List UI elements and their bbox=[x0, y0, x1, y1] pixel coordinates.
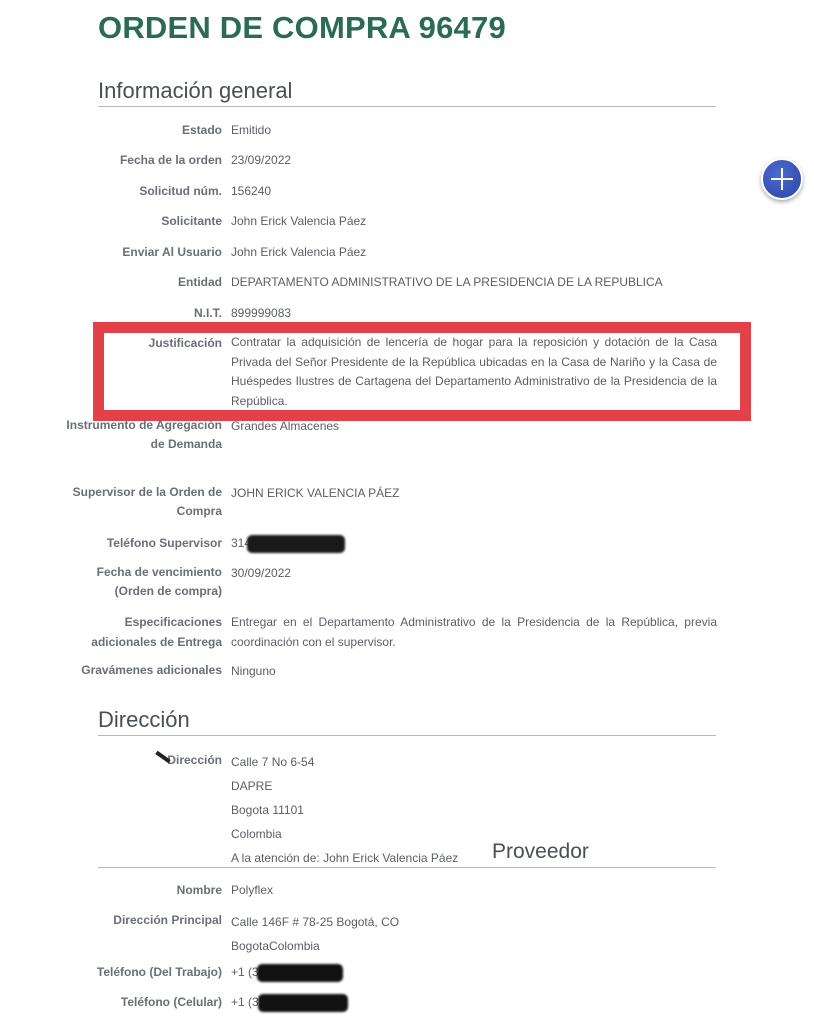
field-label: Instrumento de Agregación de Demanda bbox=[60, 416, 222, 454]
redaction-block bbox=[258, 994, 348, 1012]
field-value: Emitido bbox=[231, 120, 717, 140]
address-line: Calle 146F # 78-25 Bogotá, CO bbox=[231, 910, 717, 934]
field-label: Estado bbox=[60, 120, 222, 140]
field-value: JOHN ERICK VALENCIA PÁEZ bbox=[231, 483, 717, 521]
field-telefono-celular: Teléfono (Celular) +1 (316) bbox=[60, 992, 720, 1012]
field-value: +1 (316) bbox=[231, 992, 717, 1012]
field-label: Entidad bbox=[60, 272, 222, 292]
field-label: Teléfono (Del Trabajo) bbox=[60, 962, 222, 982]
field-label: Teléfono Supervisor bbox=[60, 533, 222, 553]
field-value: Grandes Almacenes bbox=[231, 416, 717, 454]
field-nit: N.I.T. 899999083 bbox=[60, 303, 720, 323]
field-value: +1 (3 bbox=[231, 962, 717, 982]
field-label: Dirección Principal bbox=[60, 910, 222, 958]
field-value: John Erick Valencia Páez bbox=[231, 211, 717, 231]
field-label: Justificación bbox=[60, 333, 222, 411]
field-fecha-vencimiento: Fecha de vencimiento (Orden de compra) 3… bbox=[60, 563, 720, 601]
field-value: 156240 bbox=[231, 181, 717, 201]
field-label: Teléfono (Celular) bbox=[60, 992, 222, 1012]
field-value: John Erick Valencia Páez bbox=[231, 242, 717, 262]
field-label: Dirección bbox=[60, 750, 222, 870]
field-telefono-supervisor: Teléfono Supervisor 314 bbox=[60, 533, 720, 553]
field-fecha-orden: Fecha de la orden 23/09/2022 bbox=[60, 150, 720, 170]
field-value: 30/09/2022 bbox=[231, 563, 717, 601]
field-value: Polyflex bbox=[231, 880, 717, 900]
address-line: Bogota 11101 bbox=[231, 798, 717, 822]
address-line: BogotaColombia bbox=[231, 934, 717, 958]
section-divider bbox=[98, 867, 716, 868]
field-especificaciones: Especificaciones adicionales de Entrega … bbox=[60, 612, 720, 652]
field-solicitante: Solicitante John Erick Valencia Páez bbox=[60, 211, 720, 231]
field-instrumento: Instrumento de Agregación de Demanda Gra… bbox=[60, 416, 720, 454]
section-heading-general: Información general bbox=[98, 78, 716, 107]
field-label: Solicitud núm. bbox=[60, 181, 222, 201]
address-line: DAPRE bbox=[231, 774, 717, 798]
field-value: 314 bbox=[231, 533, 717, 553]
add-button[interactable] bbox=[761, 158, 803, 200]
page-title: ORDEN DE COMPRA 96479 bbox=[98, 10, 506, 46]
address-lines: Calle 7 No 6-54 DAPRE Bogota 11101 Colom… bbox=[231, 750, 717, 870]
field-solicitud: Solicitud núm. 156240 bbox=[60, 181, 720, 201]
field-estado: Estado Emitido bbox=[60, 120, 720, 140]
field-label: Supervisor de la Orden de Compra bbox=[60, 483, 222, 521]
field-value: Ninguno bbox=[231, 661, 717, 681]
field-label: Solicitante bbox=[60, 211, 222, 231]
section-heading-proveedor: Proveedor bbox=[492, 840, 589, 864]
field-label: Especificaciones adicionales de Entrega bbox=[60, 612, 222, 652]
field-enviar-usuario: Enviar Al Usuario John Erick Valencia Pá… bbox=[60, 242, 720, 262]
field-gravamenes: Gravámenes adicionales Ninguno bbox=[60, 661, 720, 681]
field-entidad: Entidad DEPARTAMENTO ADMINISTRATIVO DE L… bbox=[60, 272, 720, 292]
field-label: N.I.T. bbox=[60, 303, 222, 323]
field-direccion-principal: Dirección Principal Calle 146F # 78-25 B… bbox=[60, 910, 720, 958]
redaction-block bbox=[247, 535, 345, 553]
field-value: 899999083 bbox=[231, 303, 717, 323]
field-value: 23/09/2022 bbox=[231, 150, 717, 170]
field-value: Entregar en el Departamento Administrati… bbox=[231, 612, 717, 652]
field-label: Enviar Al Usuario bbox=[60, 242, 222, 262]
field-supervisor: Supervisor de la Orden de Compra JOHN ER… bbox=[60, 483, 720, 521]
field-justificacion: Justificación Contratar la adquisición d… bbox=[60, 333, 720, 411]
address-line: Calle 7 No 6-54 bbox=[231, 750, 717, 774]
field-nombre: Nombre Polyflex bbox=[60, 880, 720, 900]
field-value: DEPARTAMENTO ADMINISTRATIVO DE LA PRESID… bbox=[231, 272, 717, 292]
field-label: Nombre bbox=[60, 880, 222, 900]
redaction-block bbox=[257, 964, 343, 982]
field-label: Fecha de vencimiento (Orden de compra) bbox=[60, 563, 222, 601]
phone-visible-prefix: +1 (3 bbox=[231, 965, 259, 979]
field-label: Gravámenes adicionales bbox=[60, 661, 222, 681]
field-value: Contratar la adquisición de lencería de … bbox=[231, 333, 717, 411]
section-heading-direccion: Dirección bbox=[98, 707, 716, 736]
field-value: Calle 146F # 78-25 Bogotá, CO BogotaColo… bbox=[231, 910, 717, 958]
field-label: Fecha de la orden bbox=[60, 150, 222, 170]
address-line: Colombia bbox=[231, 822, 717, 846]
field-telefono-trabajo: Teléfono (Del Trabajo) +1 (3 bbox=[60, 962, 720, 982]
field-direccion: Dirección Calle 7 No 6-54 DAPRE Bogota 1… bbox=[60, 750, 720, 870]
direccion-label-text: Dirección bbox=[167, 753, 222, 767]
